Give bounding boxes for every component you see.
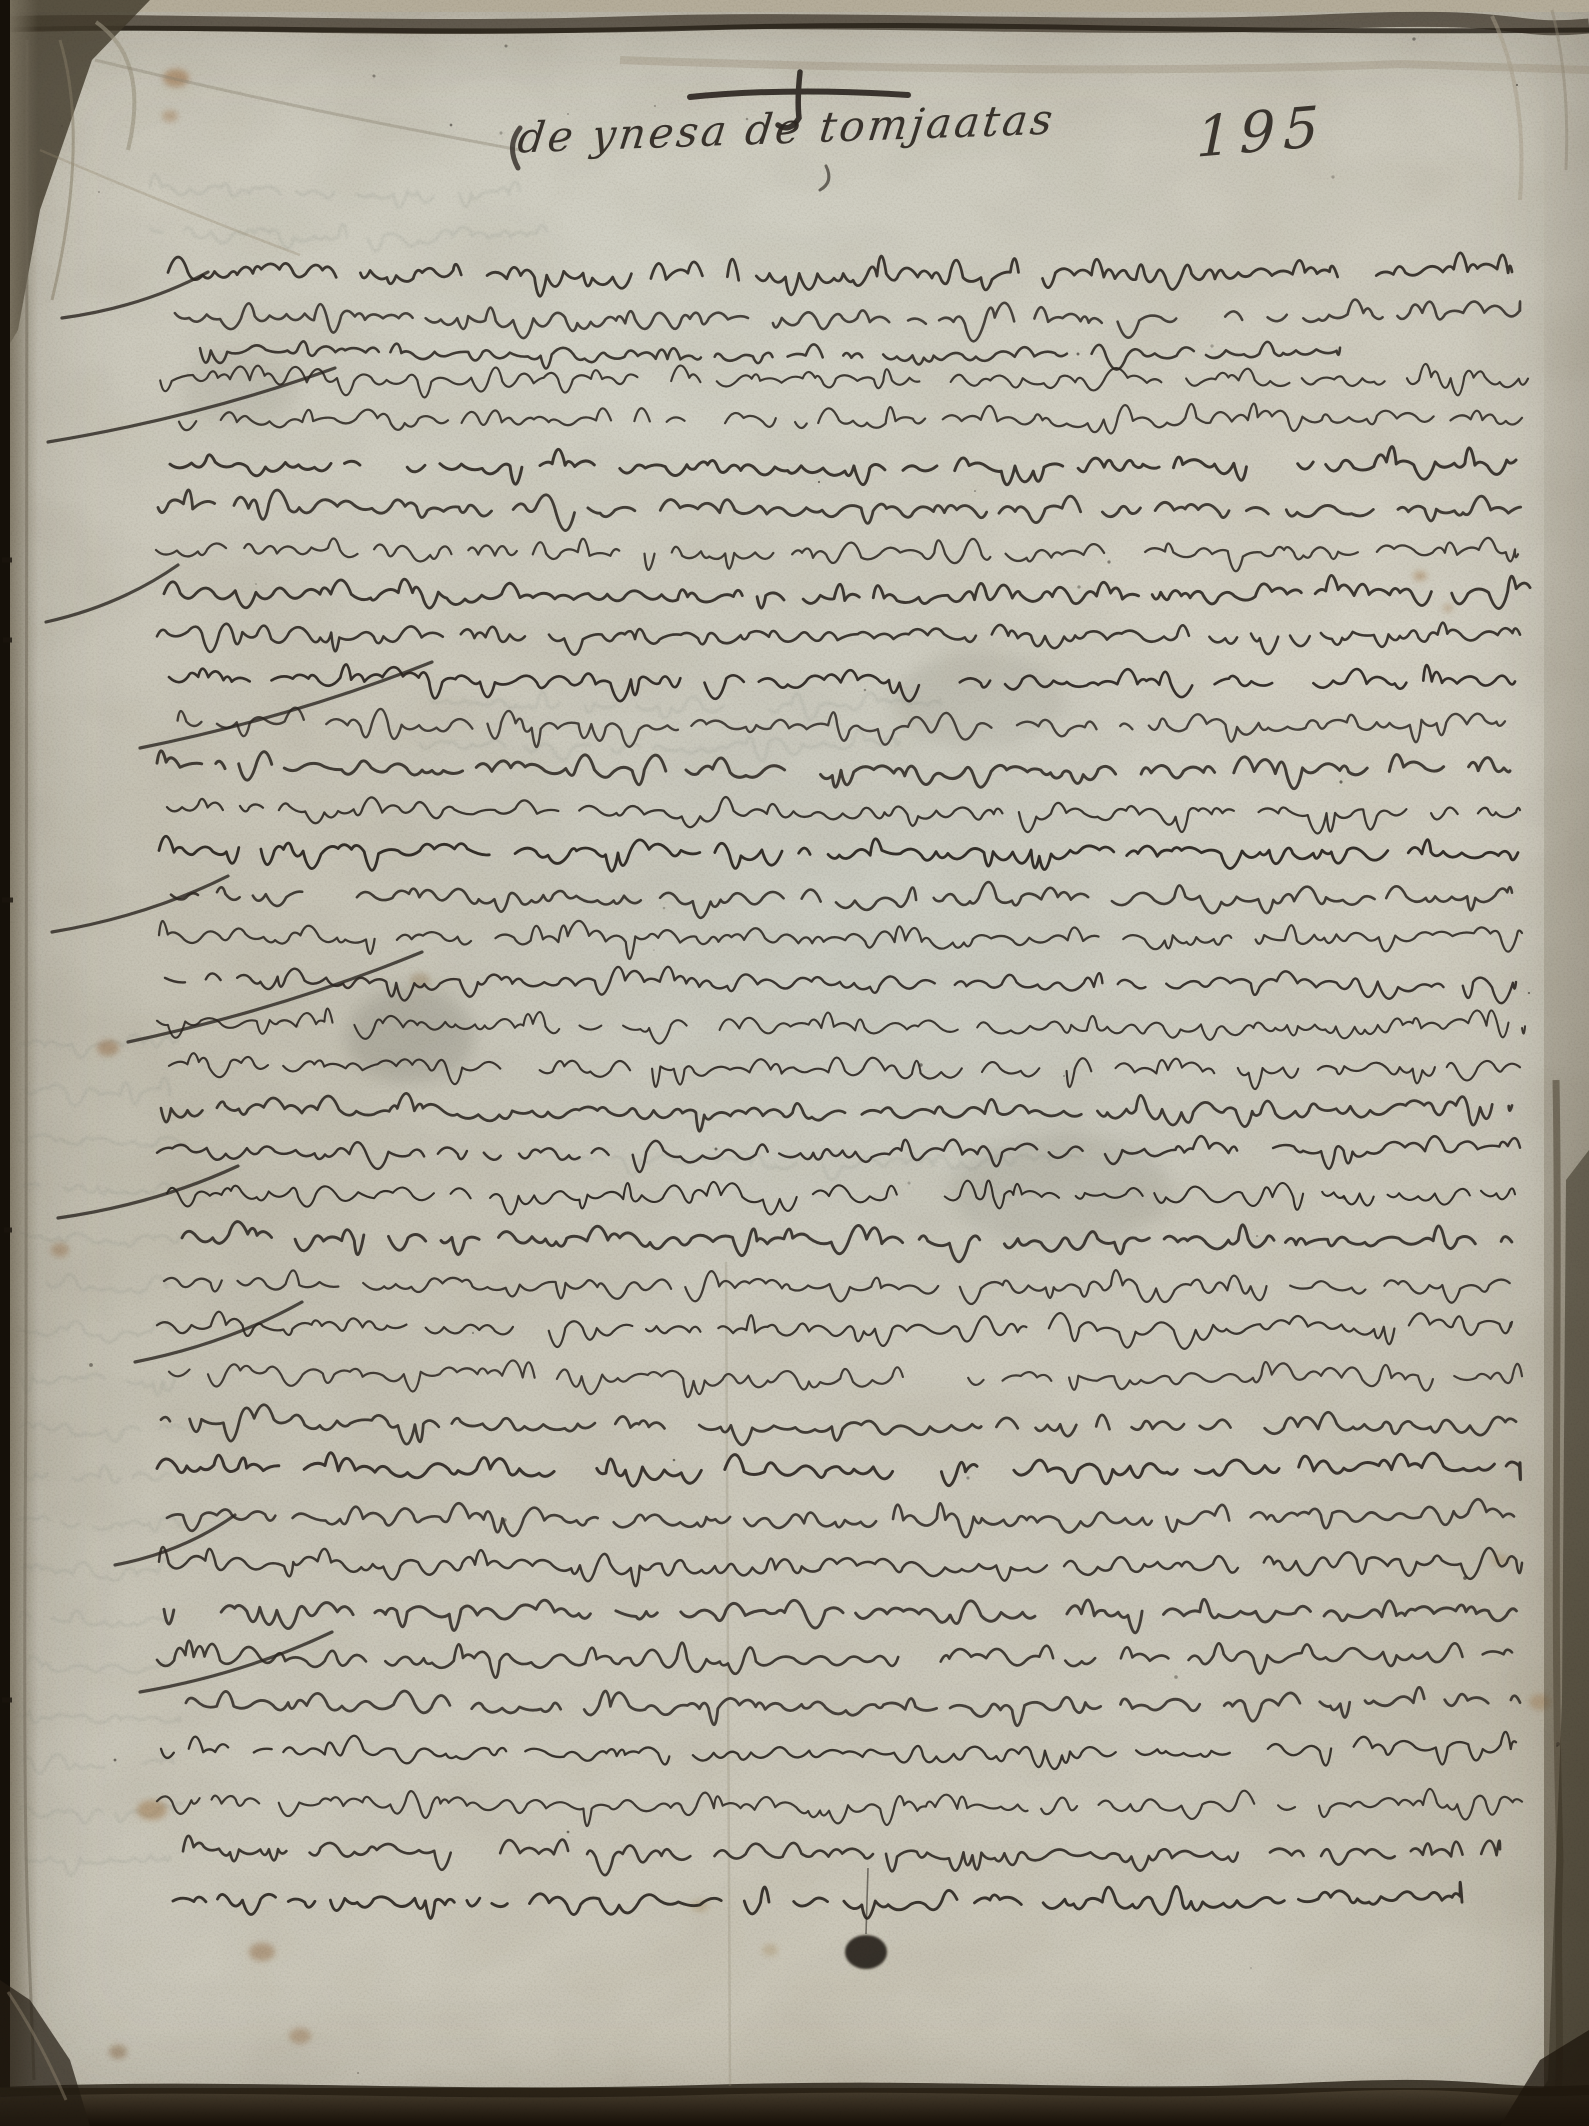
manuscript-photo: de ynesa de tomjaatas 195 (0, 0, 1589, 2126)
paper-grain-texture (0, 0, 1589, 2126)
manuscript-artwork (0, 0, 1589, 2126)
folio-number: 195 (1196, 94, 1328, 171)
